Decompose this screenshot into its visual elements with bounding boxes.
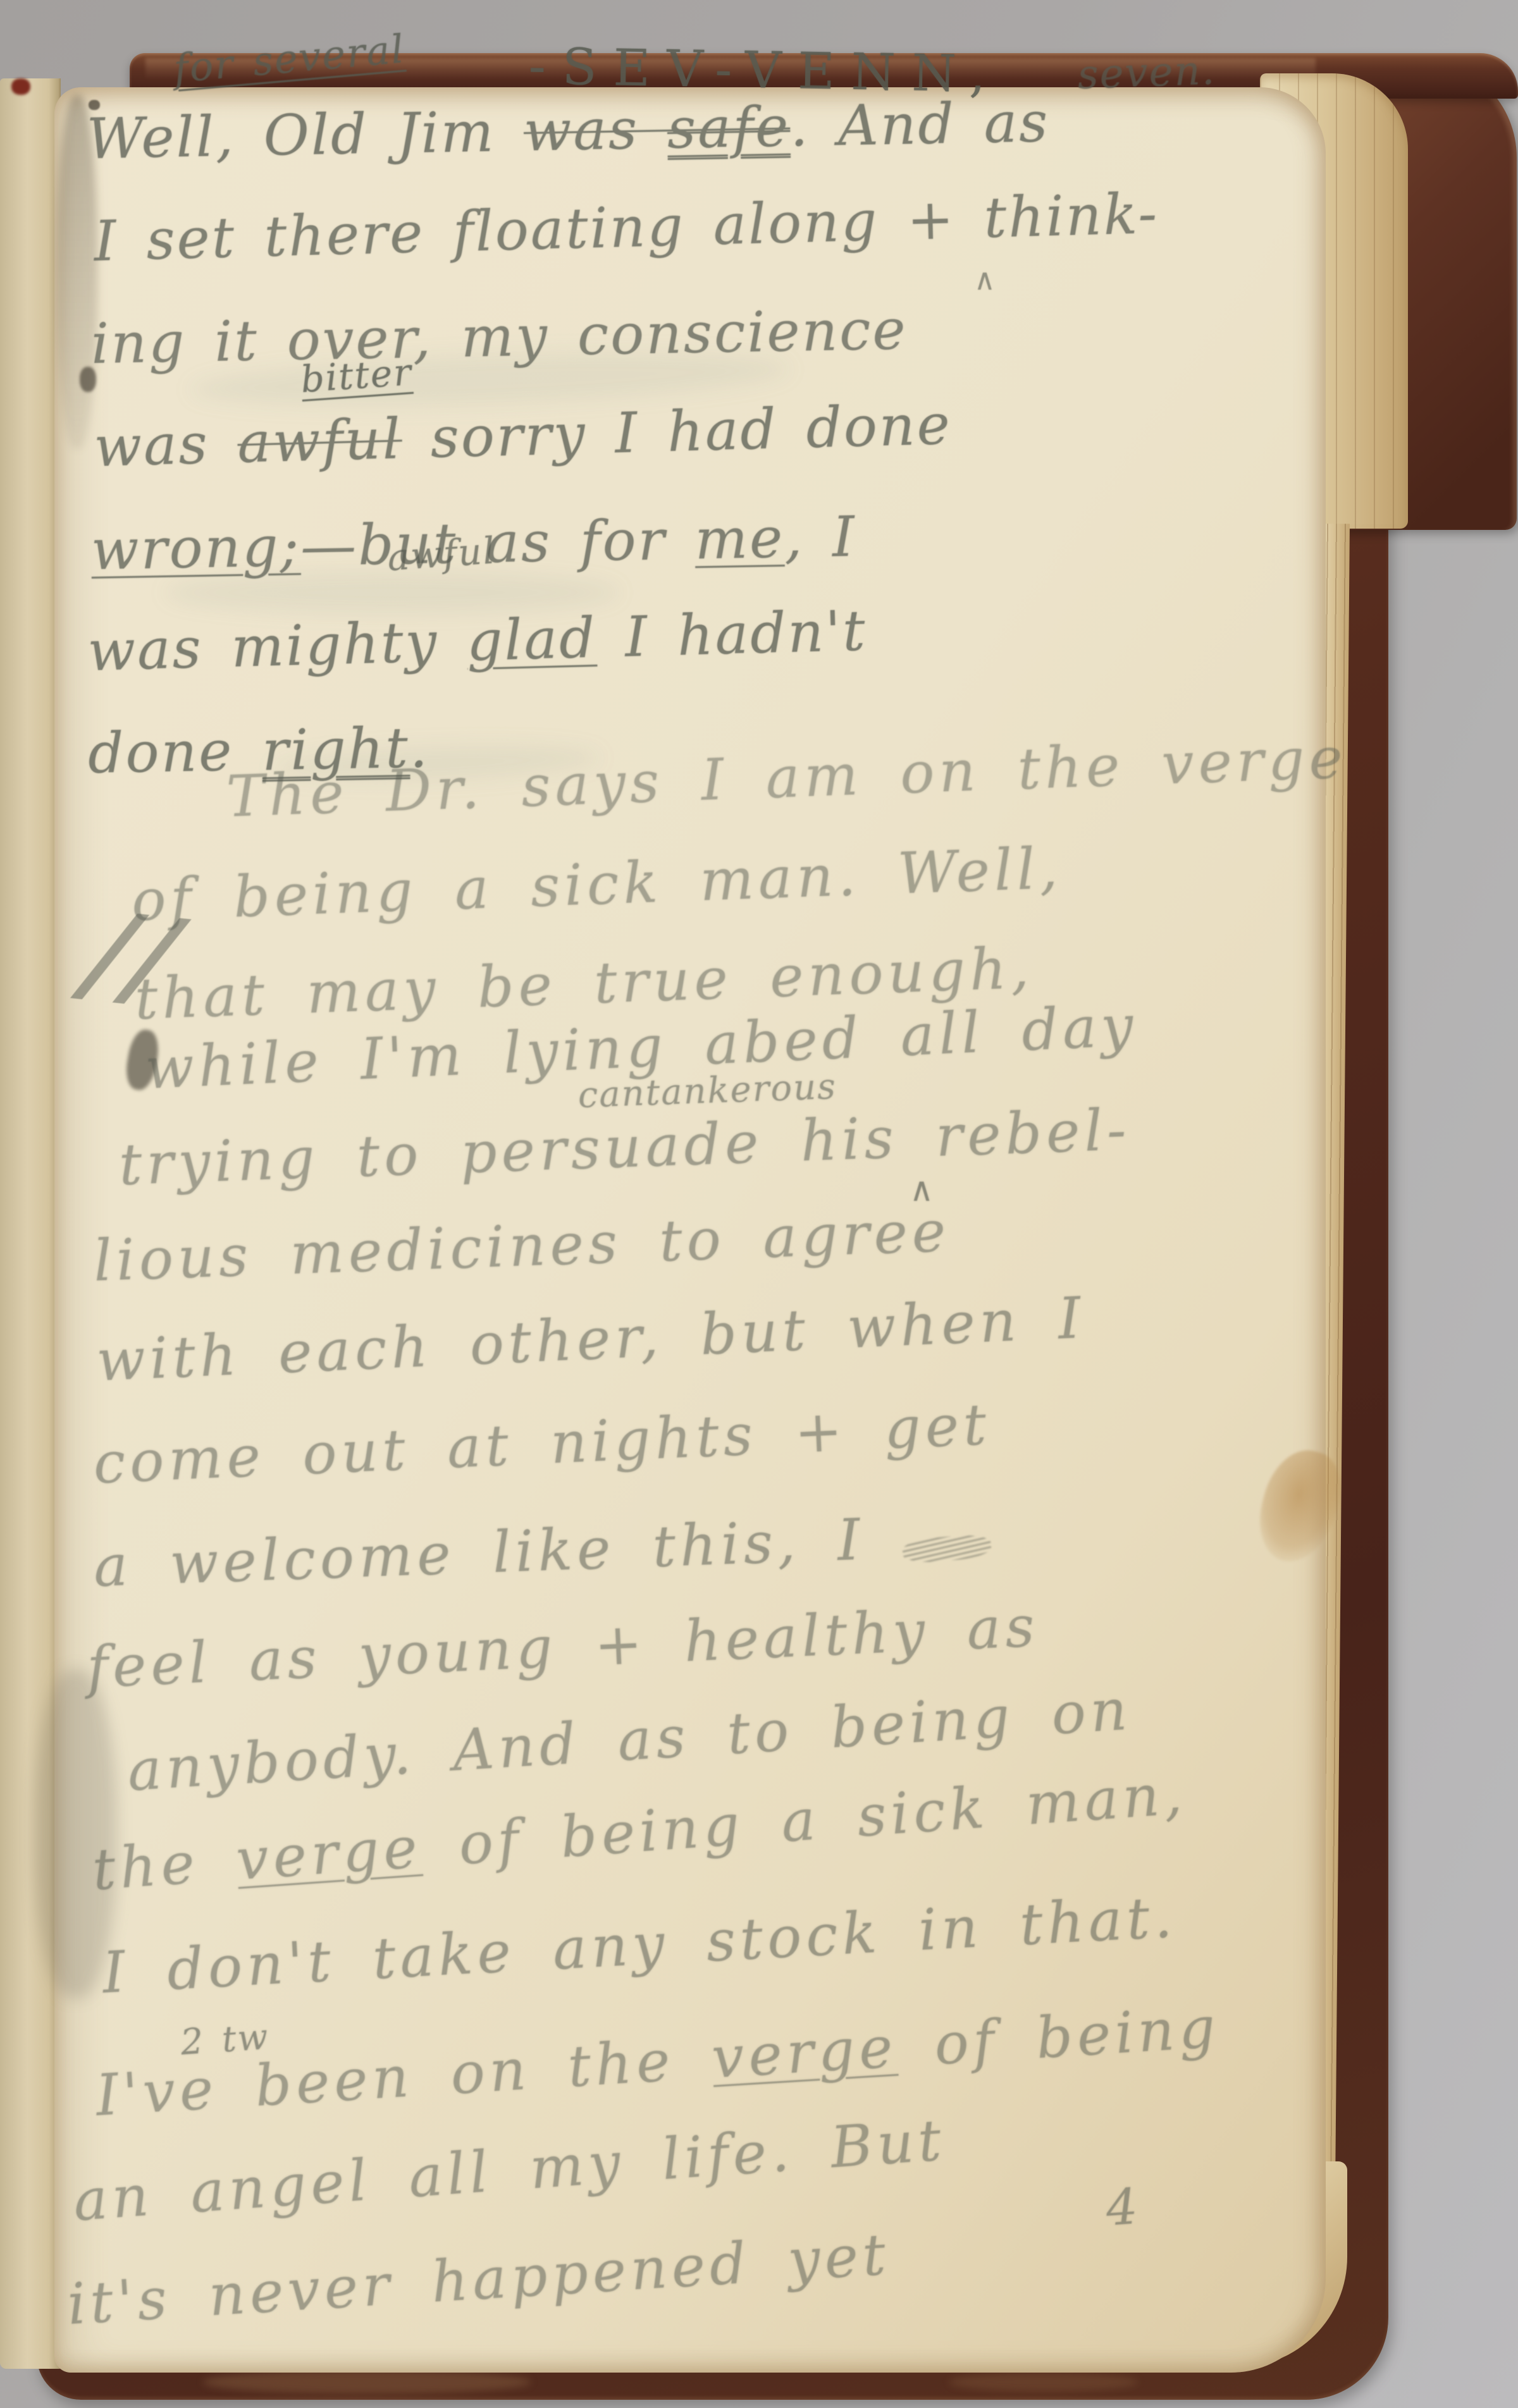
- line-p1-6: was mighty glad I hadn't: [87, 598, 868, 684]
- line-p2-2: of being a sick man. Well,: [130, 835, 1063, 934]
- notebook-photo: { "document": { "kind": "handwritten not…: [0, 0, 1518, 2408]
- handwriting-layer: for several-SEV-VENN,seven.Well, Old Jim…: [0, 0, 1518, 2408]
- line-p1-4: was awful sorry I had done: [93, 392, 953, 479]
- line-p2-10: feel as young + healthy as: [85, 1593, 1040, 1701]
- scribbled-out-word: [901, 1533, 992, 1564]
- line-p2-9: a welcome like this, I: [92, 1502, 991, 1600]
- line-p2-13: I don't take any stock in that.: [101, 1884, 1178, 2006]
- insertion-awful: awful: [386, 529, 497, 579]
- line-p2-16: it's never happened yet: [66, 2221, 892, 2338]
- line-p2-7: with each other, but when I: [95, 1285, 1086, 1394]
- header-title-gloss: seven.: [1077, 47, 1216, 99]
- line-p1-2: I set there floating along + think-: [93, 181, 1159, 274]
- line-p1-3: ing it over, my conscience: [90, 297, 908, 376]
- insertion-bitter: bitter: [299, 350, 414, 401]
- page-number: 4: [1104, 2178, 1144, 2237]
- line-p2-8: come out at nights + get: [92, 1391, 992, 1497]
- line-p2-14: I've been on the verge of being: [94, 1994, 1222, 2129]
- line-p1-1: Well, Old Jim was safe. And as: [86, 89, 1050, 171]
- line-p2-15: an angel all my life. But: [71, 2107, 947, 2234]
- line-p2-6: lious medicines to agree: [92, 1198, 951, 1294]
- caret-conscience: ∧: [974, 262, 997, 297]
- header-marginal-note: for several: [172, 25, 407, 92]
